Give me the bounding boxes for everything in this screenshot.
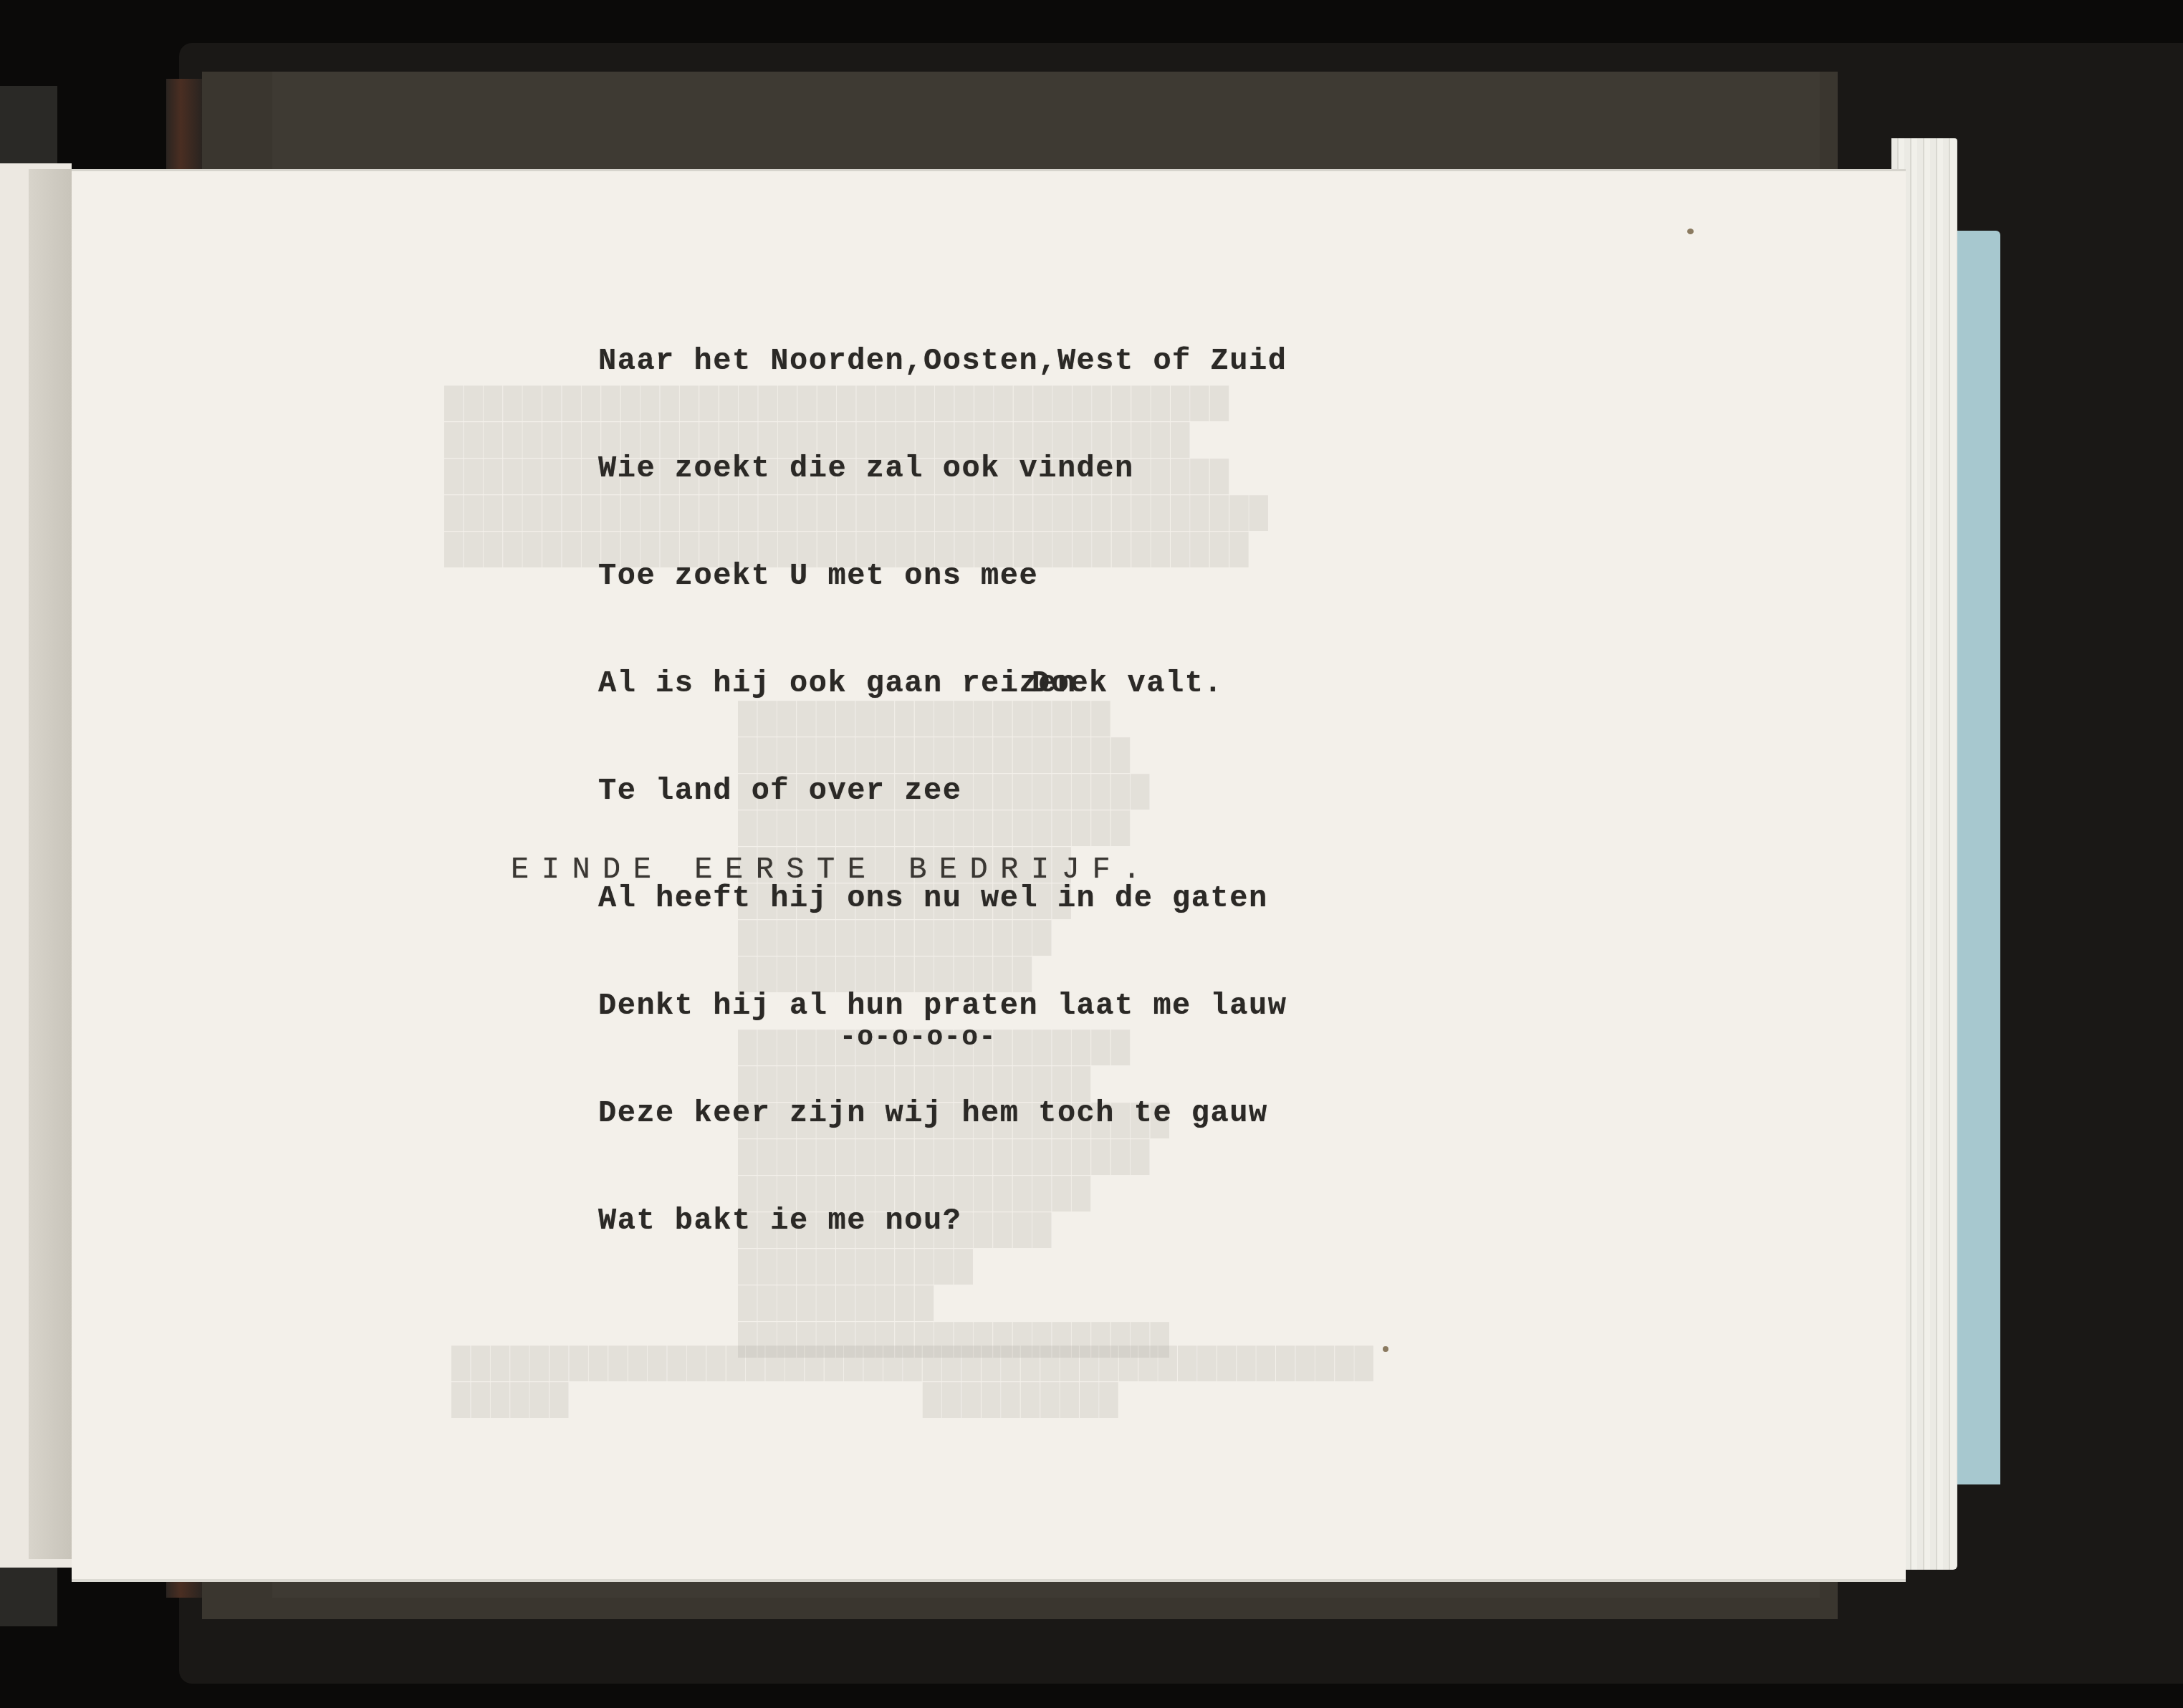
bleed-through-footer: ████████████████████████████████████████…: [451, 1346, 1374, 1419]
paper-speck: [1687, 229, 1694, 234]
stage-direction: Doek valt.: [1032, 666, 1223, 701]
right-page: ████████████████████████████████████████…: [72, 169, 1906, 1582]
poem-line: Deze keer zijn wij hem toch te gauw: [598, 1095, 1287, 1131]
separator: -o-o-o-o-: [840, 1020, 997, 1056]
poem-line: Wat bakt ie me nou?: [598, 1203, 1287, 1239]
act-end-heading: EINDE EERSTE BEDRIJF.: [511, 852, 1153, 888]
paper-speck: [1383, 1346, 1388, 1352]
poem-line: Toe zoekt U met ons mee: [598, 558, 1287, 594]
poem-line: Te land of over zee: [598, 773, 1287, 809]
poem-line: Wie zoekt die zal ook vinden: [598, 451, 1287, 486]
gutter-shadow: [29, 169, 72, 1559]
blue-insert-sheet: [1956, 231, 2000, 1484]
poem-line: Denkt hij al hun praten laat me lauw: [598, 988, 1287, 1024]
poem-line: Naar het Noorden,Oosten,West of Zuid: [598, 343, 1287, 379]
poem: Naar het Noorden,Oosten,West of Zuid Wie…: [598, 272, 1287, 1310]
